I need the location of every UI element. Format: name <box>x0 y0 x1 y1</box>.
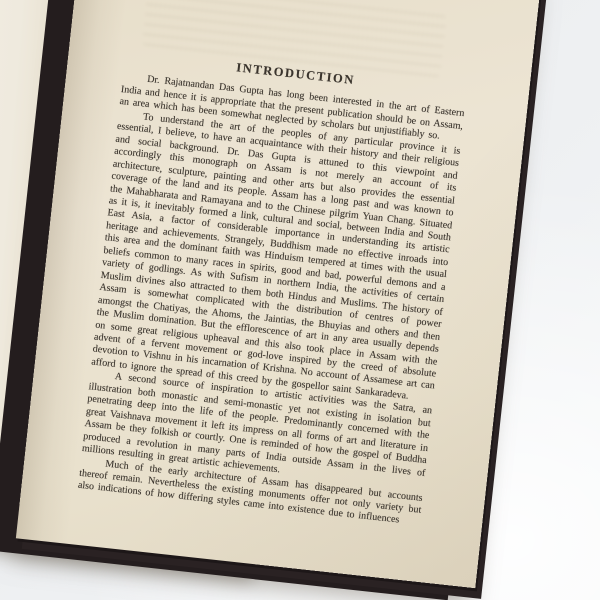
paragraph-list: Dr. Rajatnandan Das Gupta has long been … <box>77 72 465 530</box>
right-page: INTRODUCTION Dr. Rajatnandan Das Gupta h… <box>16 0 542 588</box>
page-text-block: INTRODUCTION Dr. Rajatnandan Das Gupta h… <box>77 49 467 529</box>
book-photo: INTRODUCTION Dr. Rajatnandan Das Gupta h… <box>0 0 600 600</box>
paragraph: To understand the art of the peoples of … <box>91 109 461 406</box>
